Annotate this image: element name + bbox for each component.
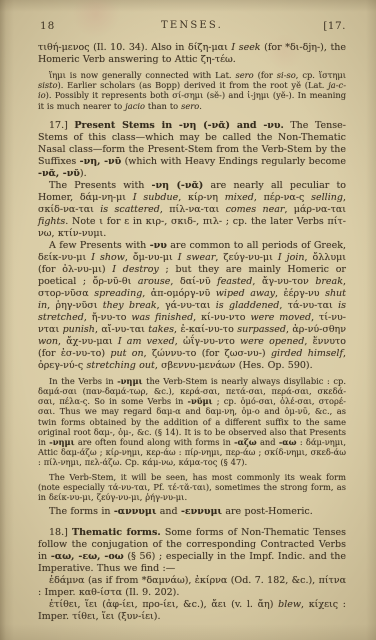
disyllabic-stem-note: In the Verbs in -νημι the Verb-Stem is n… [38, 376, 346, 468]
page-content: 18 TENSES. [17. τιθή-μενος (Il. 10. 34).… [0, 0, 376, 623]
book-page: 18 TENSES. [17. τιθή-μενος (Il. 10. 34).… [0, 0, 376, 640]
continuation-paragraph: τιθή-μενος (Il. 10. 34). Also in δίζη-μα… [38, 42, 346, 66]
presents-nu-paragraph: A few Presents with -νυ are common to al… [38, 240, 346, 372]
section-18-heading-paragraph: 18.] Thematic forms. Some forms of Non-T… [38, 527, 346, 575]
presents-ne-paragraph: The Presents with -νη (-νᾰ) are nearly a… [38, 180, 346, 240]
page-number: 18 [40, 20, 55, 32]
section-marker: [17. [323, 20, 346, 32]
thematic-examples-alpha: ἐδάμνα (as if from *δαμνάω), ἐκίρνα (Od.… [38, 575, 346, 599]
iemi-etymology-note: ἵημι is now generally connected with Lat… [38, 70, 346, 111]
page-header: 18 TENSES. [17. [38, 20, 346, 34]
running-title: TENSES. [161, 20, 223, 31]
post-homeric-paragraph: The forms in -αννυμι and -εννυμι are pos… [38, 506, 346, 518]
text-body: τιθή-μενος (Il. 10. 34). Also in δίζη-μα… [38, 42, 346, 623]
thematic-examples-epsilon: ἐτίθει, ἵει (ἀφ-ίει, προ-ίει, &c.), ἄει … [38, 599, 346, 623]
weak-form-note: The Verb-Stem, it will be seen, has most… [38, 472, 346, 503]
section-17-heading-paragraph: 17.] Present Stems in -νη (-νᾰ) and -νυ.… [38, 120, 346, 180]
